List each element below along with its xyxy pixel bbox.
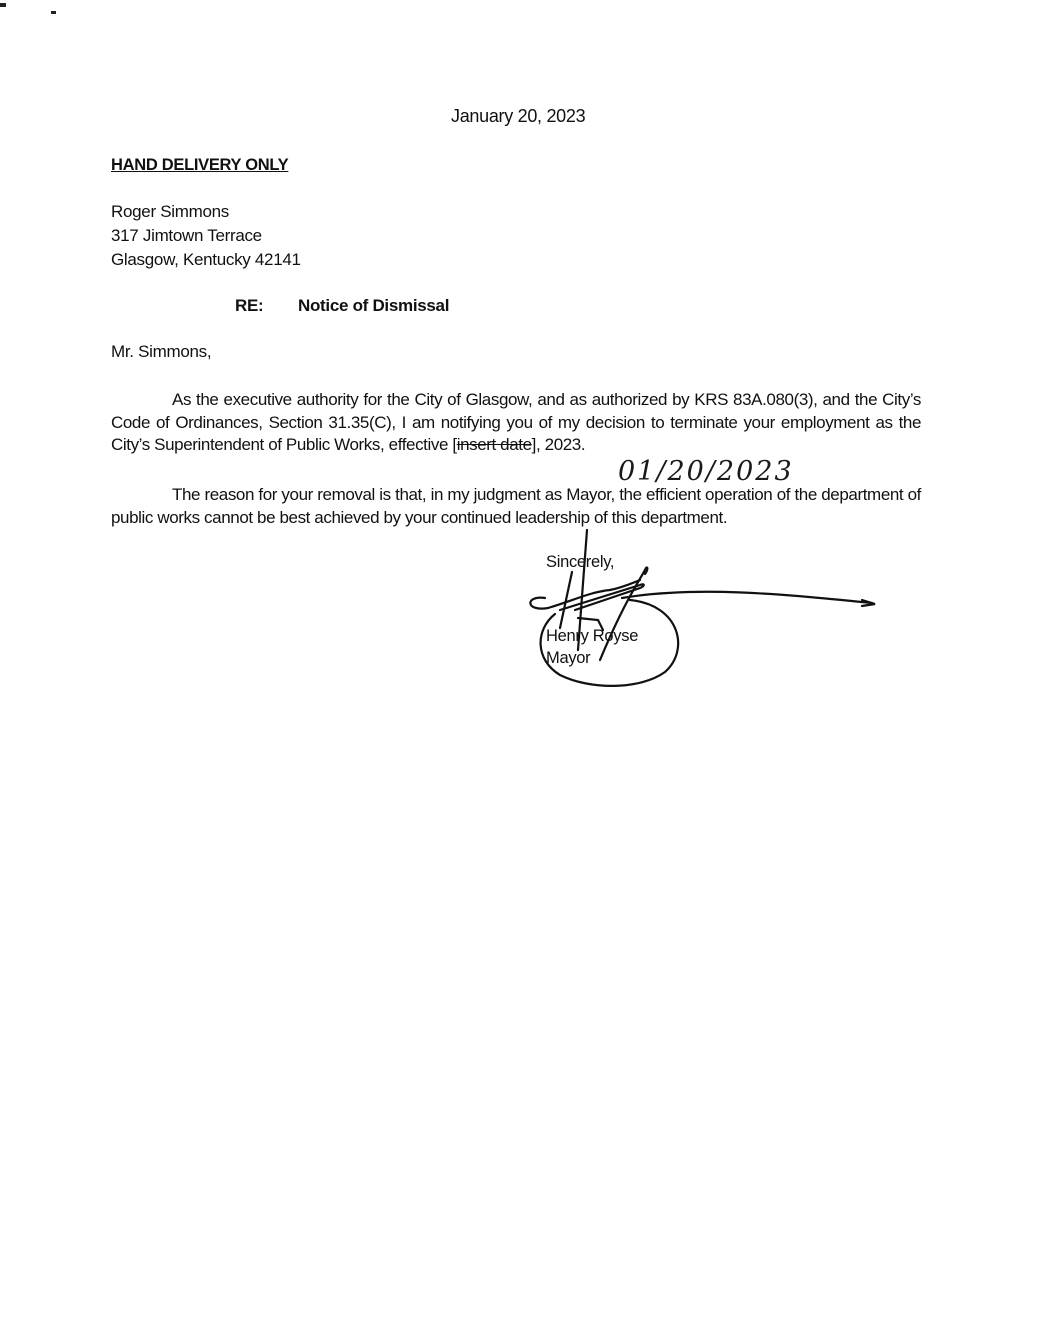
letter-page: January 20, 2023 HAND DELIVERY ONLY Roge… [0,0,1037,1318]
signature-scribble [0,0,1037,720]
